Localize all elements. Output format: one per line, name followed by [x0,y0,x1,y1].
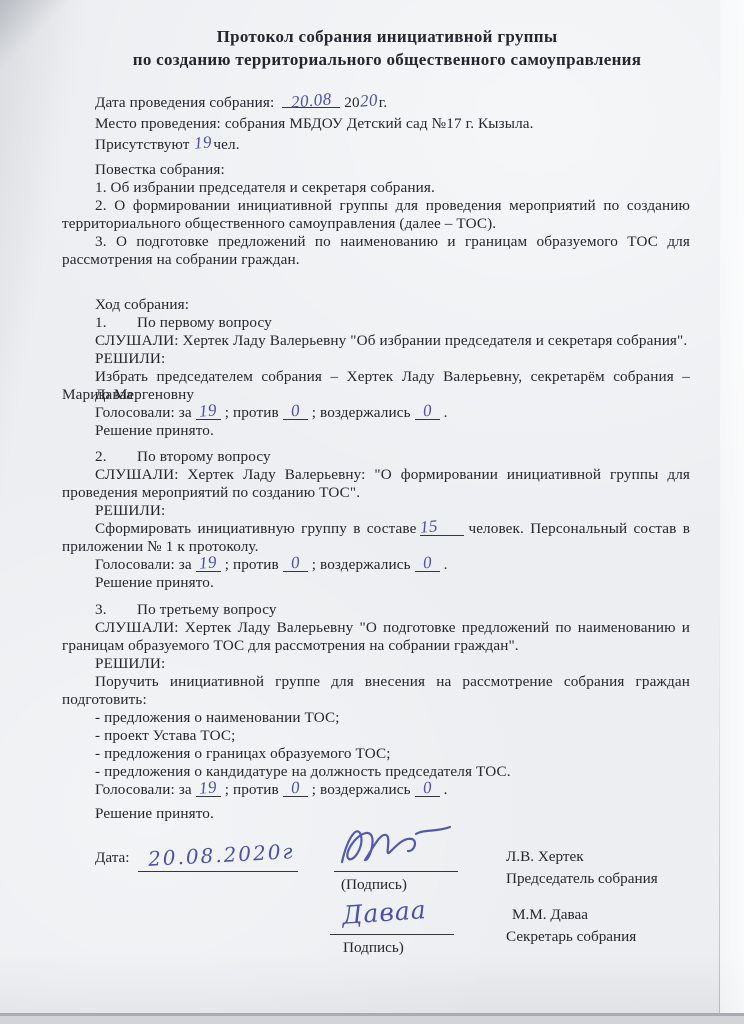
question-3-decision-line-2: подготовить: [62,691,690,709]
meeting-place-line: Место проведения: собрания МБДОУ Детский… [62,113,690,134]
vote-1-vozd-blank: 0 [415,404,440,420]
vote-3-vozd: 0 [422,782,432,795]
question-3-vote-line: Голосовали: за19; против0; воздержались0… [62,781,690,799]
vote-3-za-blank: 19 [196,781,221,797]
signature-date-handwritten: 20.08.2020г [147,839,295,871]
vote-2-protiv-blank: 0 [283,556,308,572]
agenda-item-3-line-2: рассмотрения на собрании граждан. [62,251,690,269]
question-2-slushali-line-1: СЛУШАЛИ: Хертек Ладу Валерьевну: "О форм… [62,466,690,484]
meeting-date-line: Дата проведения собрания: 20.082020г. [62,92,690,113]
chairman-signature-underline [334,870,458,872]
question-1-decision-line-2: Марию Мергеновну [62,386,690,404]
agenda-item-3-line-1: 3. О подготовке предложений по наименова… [62,233,690,251]
year-suffix: г. [379,94,388,111]
agenda-section: Повестка собрания: 1. Об избрании предсе… [62,161,690,269]
question-3-slushali-line-1: СЛУШАЛИ: Хертек Ладу Валерьевну "О подго… [62,619,690,637]
vote-2-protiv: 0 [290,557,300,570]
question-3-bullet-1: - предложения о наименовании ТОС; [62,709,690,727]
attendees-count-handwritten: 19 [194,136,213,150]
chairman-name: Л.В. Хертек [506,847,584,867]
vote-3-vozd-blank: 0 [415,781,440,797]
proceedings-heading: Ход собрания: [62,296,690,314]
question-2-number: 2. [95,448,137,466]
question-2-slushali-line-2: проведения мероприятий по созданию ТОС". [62,484,690,502]
secretary-signature-caption: Подпись) [343,938,404,958]
intro-section: Дата проведения собрания: 20.082020г. Ме… [62,92,690,155]
vote-2-vozd: 0 [422,557,432,570]
title-line-2: по созданию территориального общественно… [70,49,704,72]
question-3-bullet-3: - предложения о границах образуемого ТОС… [62,745,690,763]
question-3-heading: 3.По третьему вопросу [62,601,690,619]
question-3-bullet-4: - предложения о кандидатуре на должность… [62,763,690,781]
question-1-slushali: СЛУШАЛИ: Хертек Ладу Валерьевну "Об избр… [62,332,690,350]
question-2-decision-line-1: Сформировать инициативную группу в соста… [62,520,690,538]
chairman-signature-scribble [328,816,460,872]
paper-right-edge [719,0,720,1013]
question-1-decision-line-1: Избрать председателем собрания – Хертек … [62,368,690,386]
question-1-reshili: РЕШИЛИ: [62,350,690,368]
agenda-item-2-line-2: территориального общественного самоуправ… [62,215,690,233]
question-3-decision-line-1: Поручить инициативной группе для внесени… [62,673,690,691]
question-2-decision-line-2: приложении № 1 к протоколу. [62,538,690,556]
signature-date-underline [138,870,298,872]
members-count-handwritten: 15 [420,520,439,534]
chairman-signature-caption: (Подпись) [341,875,407,895]
question-3-slushali-line-2: границам образуемого ТОС для рассмотрени… [62,637,690,655]
signature-date-label: Дата: [95,848,130,868]
document-paper: Протокол собрания инициативной группы по… [0,0,744,1016]
year-printed: 20 [344,94,359,111]
vote-1-za: 19 [199,404,218,418]
question-1-number: 1. [95,314,137,332]
meeting-date-label: Дата проведения собрания: [95,94,274,111]
attendees-line: Присутствуют 19чел. [62,134,690,155]
scanned-page-photo: { "colors": { "ink": "#25262e", "pen_blu… [0,0,744,1024]
question-3-number: 3. [95,601,137,619]
question-2-heading: 2.По второму вопросу [62,448,690,466]
question-1-heading: 1.По первому вопросу [62,314,690,332]
title-line-1: Протокол собрания инициативной группы [70,26,704,49]
question-1-vote-line: Голосовали: за19; против0; воздержались0… [62,404,690,422]
secretary-name: М.М. Даваа [512,905,588,925]
vote-1-vozd: 0 [422,405,432,418]
vote-2-za: 19 [199,556,218,570]
page-title: Протокол собрания инициативной группы по… [70,26,704,71]
agenda-heading: Повестка собрания: [62,161,690,179]
question-3-section: 3.По третьему вопросу СЛУШАЛИ: Хертек Ла… [62,601,690,799]
vote-1-protiv: 0 [290,405,300,418]
vote-3-protiv-blank: 0 [283,781,308,797]
paper-right-margin [720,0,744,1013]
vote-3-za: 19 [199,781,218,795]
question-2-vote-line: Голосовали: за19; против0; воздержались0… [62,556,690,574]
chairman-role: Председатель собрания [506,869,658,889]
question-1-resolution: Решение принято. [62,422,690,440]
vote-2-za-blank: 19 [196,556,221,572]
secretary-signature-script: Даваа [341,895,427,930]
year-handwritten: 20 [359,94,378,108]
question-2-resolution: Решение принято. [62,574,690,592]
secretary-role: Секретарь собрания [506,927,636,947]
vote-1-za-blank: 19 [196,404,221,420]
agenda-item-1: 1. Об избрании председателя и секретаря … [62,179,690,197]
vote-1-protiv-blank: 0 [283,404,308,420]
question-3-reshili: РЕШИЛИ: [62,655,690,673]
question-2-section: 2.По второму вопросу СЛУШАЛИ: Хертек Лад… [62,448,690,592]
question-3-bullet-2: - проект Устава ТОС; [62,727,690,745]
question-2-reshili: РЕШИЛИ: [62,502,690,520]
meeting-date-handwritten: 20.08 [290,93,332,109]
members-count-blank: 15 [420,520,464,536]
vote-2-vozd-blank: 0 [415,556,440,572]
agenda-item-2-line-1: 2. О формировании инициативной группы дл… [62,197,690,215]
meeting-date-blank: 20.08 [282,92,340,108]
attendees-label: Присутствуют [95,136,190,153]
secretary-signature-underline [330,933,454,935]
vote-3-protiv: 0 [290,782,300,795]
question-1-section: Ход собрания: 1.По первому вопросу СЛУША… [62,296,690,440]
attendees-suffix: чел. [213,136,239,153]
